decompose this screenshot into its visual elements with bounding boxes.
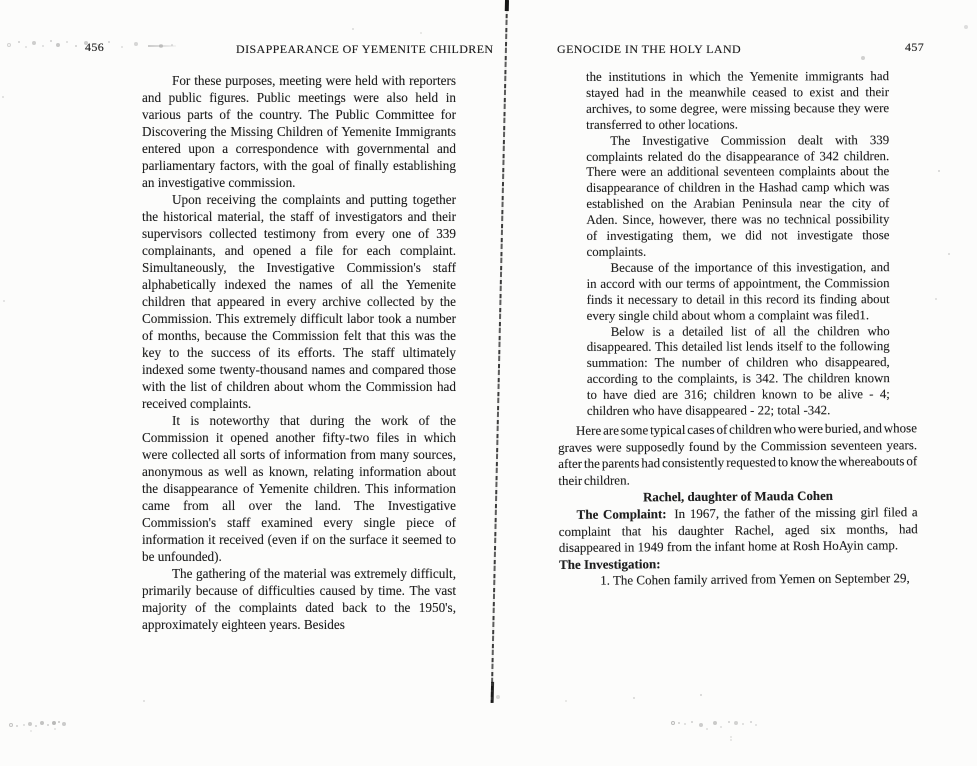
- paragraph-detailed-list: Below is a detailed list of all the chil…: [587, 324, 890, 420]
- case-section: Here are some typical cases of children …: [558, 420, 918, 589]
- paragraph-purposes: For these purposes, meeting were held wi…: [142, 72, 456, 191]
- paragraph-gathering: The gathering of the material was extrem…: [142, 565, 456, 633]
- scan-artifact-specks: [0, 0, 2, 2]
- right-page-number: 457: [905, 40, 924, 55]
- scan-artifact-dash: [148, 45, 176, 47]
- paragraph-institutions: the institutions in which the Yemenite i…: [586, 69, 889, 133]
- scan-artifact-bottom-center-scribble: [672, 722, 674, 724]
- left-page-body: For these purposes, meeting were held wi…: [142, 72, 456, 633]
- complaint-label: The Complaint:: [577, 506, 667, 522]
- left-page-number: 456: [85, 40, 104, 55]
- investigation-item-1: 1. The Cohen family arrived from Yemen o…: [559, 570, 918, 589]
- paragraph-noteworthy: It is noteworthy that during the work of…: [142, 412, 456, 565]
- scan-artifact-top-left-scribble: [8, 44, 10, 46]
- paragraph-commission-dealt: The Investigative Commission dealt with …: [586, 133, 889, 261]
- left-running-header: DISAPPEARANCE OF YEMENITE CHILDREN: [236, 42, 494, 57]
- complaint-paragraph: The Complaint: In 1967, the father of th…: [559, 504, 918, 556]
- book-gutter-line: [491, 0, 508, 703]
- right-running-header: GENOCIDE IN THE HOLY LAND: [557, 42, 741, 57]
- paragraph-importance: Because of the importance of this invest…: [586, 260, 889, 324]
- paragraph-complaints: Upon receiving the complaints and puttin…: [142, 191, 456, 412]
- scan-artifact-bottom-left-scribble: [10, 724, 12, 726]
- book-spread: 456 DISAPPEARANCE OF YEMENITE CHILDREN F…: [0, 0, 977, 766]
- paragraph-typical-cases: Here are some typical cases of children …: [558, 420, 918, 489]
- right-page-body: the institutions in which the Yemenite i…: [557, 69, 917, 589]
- right-page-main-text: the institutions in which the Yemenite i…: [586, 69, 890, 420]
